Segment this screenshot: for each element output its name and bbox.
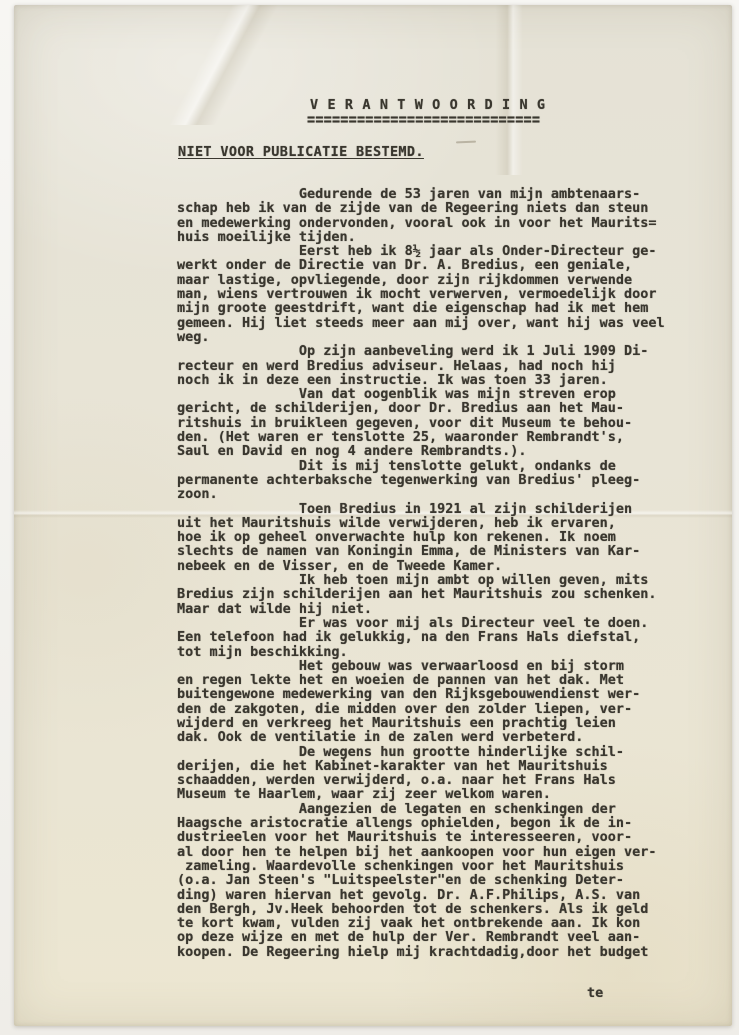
paper-crease-top-center <box>492 5 526 175</box>
title-underline: ============================ <box>307 111 540 130</box>
scanned-document: V E R A N T W O O R D I N G ============… <box>0 0 739 1035</box>
pencil-mark <box>456 141 476 144</box>
typewritten-body-text: Gedurende de 53 jaren van mijn ambtenaar… <box>177 187 665 959</box>
paper-crease-top-left <box>134 5 304 125</box>
catchword: te <box>587 986 603 1001</box>
paper-sheet: V E R A N T W O O R D I N G ============… <box>14 5 732 1026</box>
document-subtitle: NIET VOOR PUBLICATIE BESTEMD. <box>178 145 424 160</box>
